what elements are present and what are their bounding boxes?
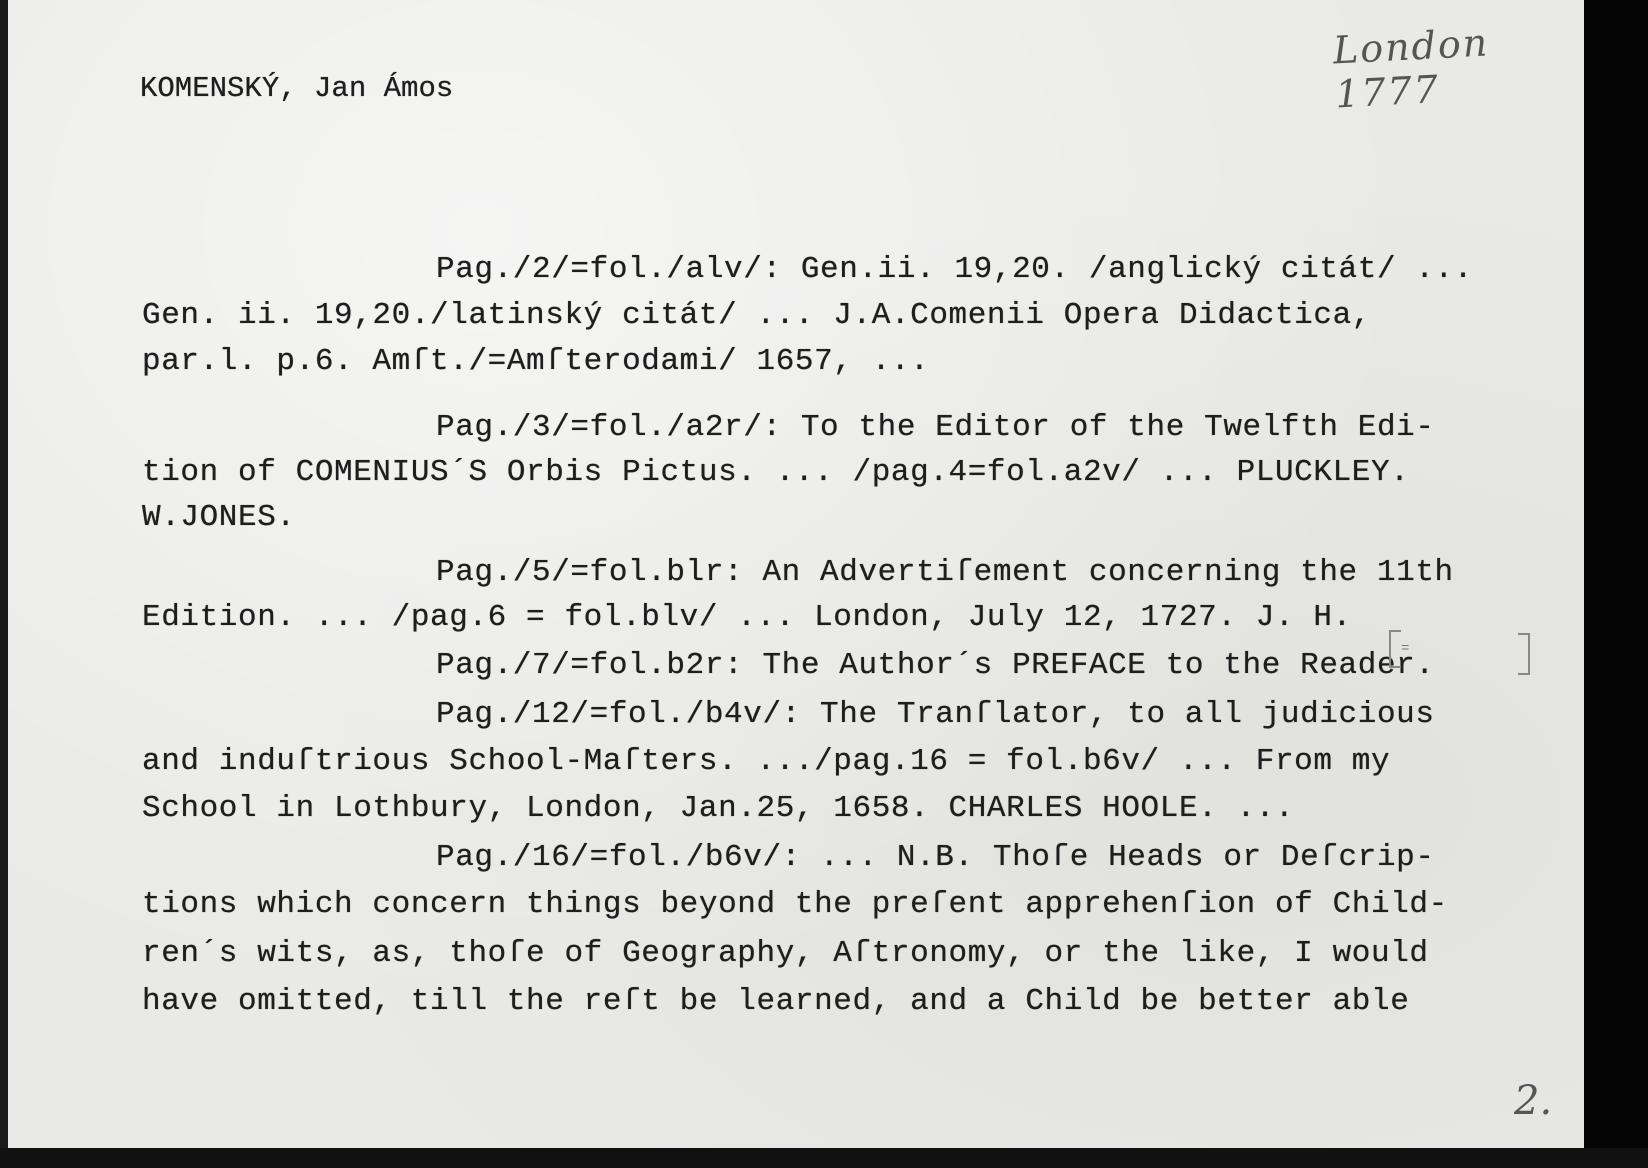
text-line: School in Lothbury, London, Jan.25, 1658… xyxy=(142,791,1294,826)
text-line: tions which concern things beyond the pr… xyxy=(142,887,1448,922)
bracket-mark-left xyxy=(1389,630,1401,668)
scan-border-left xyxy=(0,0,8,1168)
handwritten-note-top: London 1777 xyxy=(1332,16,1586,117)
scan-border-right xyxy=(1584,0,1648,1168)
handwritten-page-number: 2. xyxy=(1514,1078,1552,1124)
text-line: ren´s wits, as, thoſe of Geography, Aſtr… xyxy=(142,936,1429,971)
text-line: Pag./2/=fol./alv/: Gen.ii. 19,20. /angli… xyxy=(436,252,1473,287)
card-heading: KOMENSKÝ, Jan Ámos xyxy=(140,72,453,105)
text-line: and induſtrious School-Maſters. .../pag.… xyxy=(142,744,1390,779)
text-line: Pag./3/=fol./a2r/: To the Editor of the … xyxy=(436,410,1435,445)
text-line: have omitted, till the reſt be learned, … xyxy=(142,984,1409,1019)
catalog-card: KOMENSKÝ, Jan Ámos London 1777 Pag./2/=f… xyxy=(8,0,1584,1148)
text-line: Pag./7/=fol.b2r: The Author´s PREFACE to… xyxy=(436,648,1435,683)
text-line: W.JONES. xyxy=(142,500,296,535)
text-line: Pag./5/=fol.blr: An Advertiſement concer… xyxy=(436,555,1454,590)
text-line: Pag./12/=fol./b4v/: The Tranſlator, to a… xyxy=(436,697,1435,732)
text-line: Edition. ... /pag.6 = fol.blv/ ... Londo… xyxy=(142,600,1352,635)
text-line: Gen. ii. 19,20./latinský citát/ ... J.A.… xyxy=(142,298,1371,333)
bracket-mark-text: = xyxy=(1401,641,1409,657)
text-line: tion of COMENIUS´S Orbis Pictus. ... /pa… xyxy=(142,455,1409,490)
text-line: par.l. p.6. Amſt./=Amſterodami/ 1657, ..… xyxy=(142,344,929,379)
scan-border-bottom xyxy=(0,1148,1648,1168)
text-line: Pag./16/=fol./b6v/: ... N.B. Thoſe Heads… xyxy=(436,840,1435,875)
bracket-mark-right xyxy=(1518,633,1530,675)
